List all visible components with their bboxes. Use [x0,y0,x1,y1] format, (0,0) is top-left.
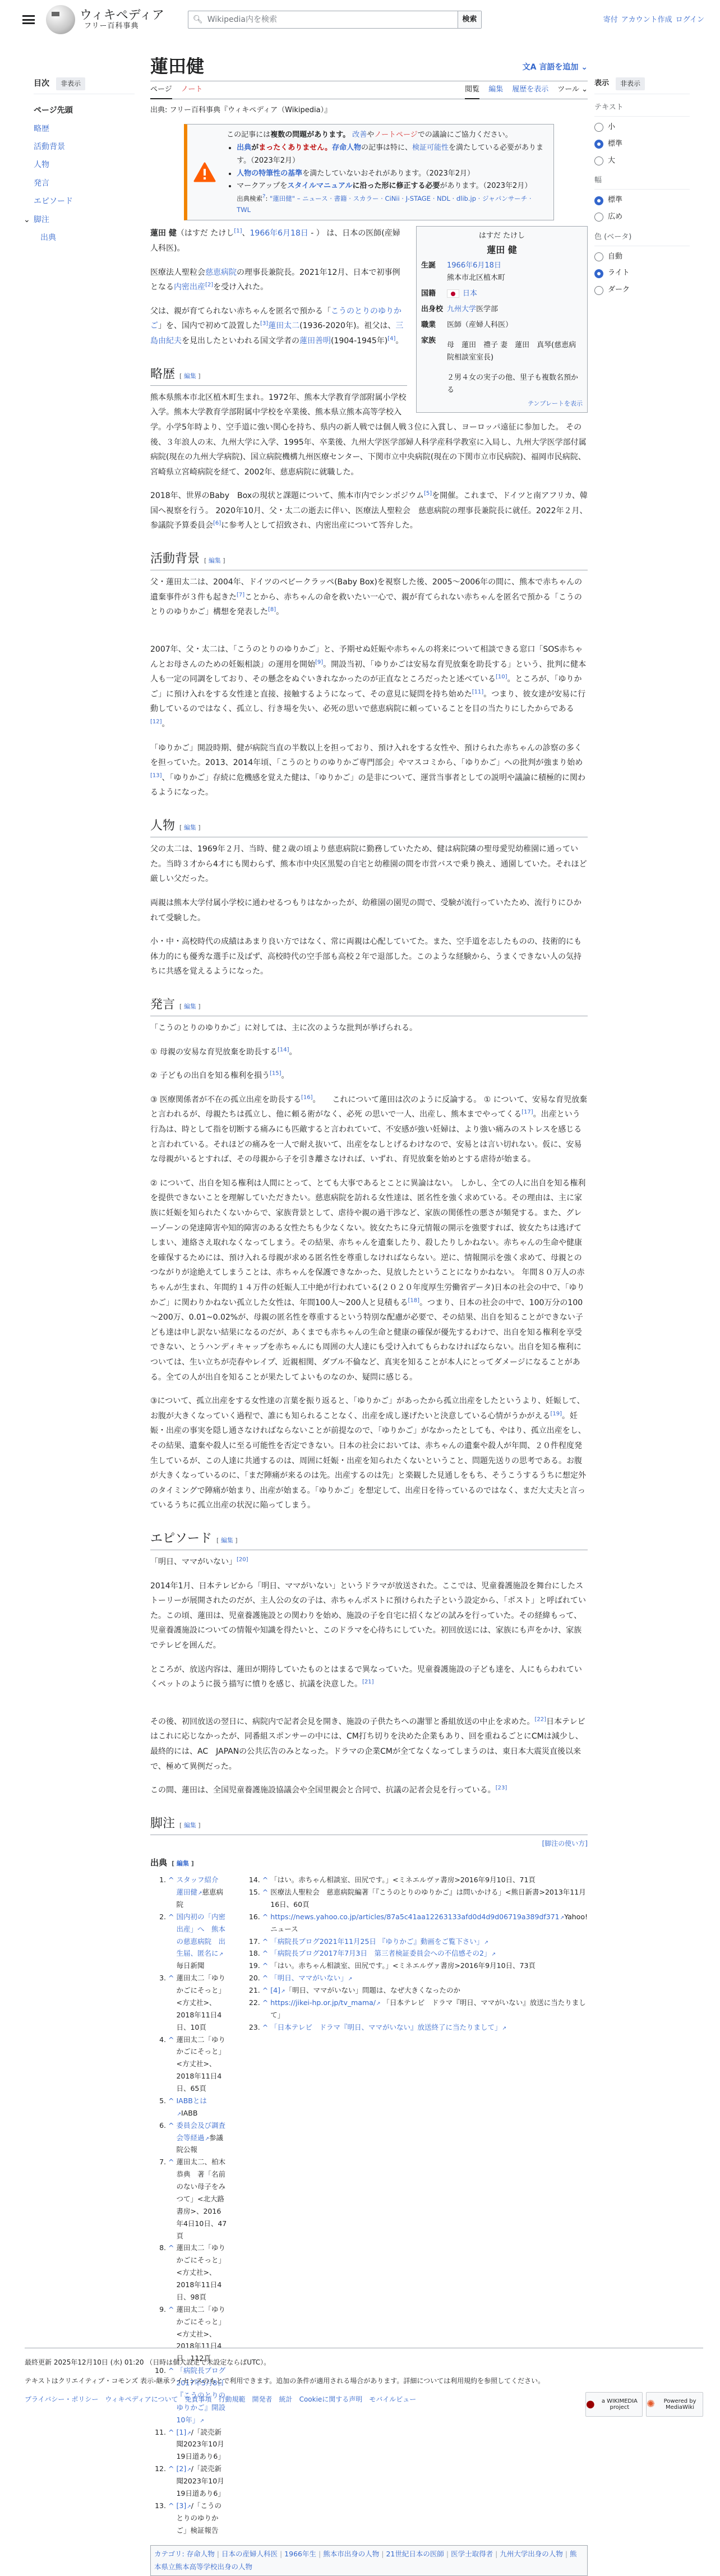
create-account-link[interactable]: アカウント作成 [621,15,672,26]
toc-title: 目次 [34,77,49,90]
wikimedia-icon: ● [586,2399,595,2410]
radio-checked-icon [594,140,603,149]
width-label: 幅 [594,172,690,190]
japan-flag-icon [447,289,459,298]
footnote-help-link[interactable]: [脚注の使い方] [542,1840,588,1847]
notability-link[interactable]: 人物の特筆性の基準 [237,169,302,178]
translate-icon: 文A [523,63,539,72]
appearance-panel: 表示 非表示 テキスト 小 標準 大 幅 標準 広め 色 (ベータ) 自動 ライ… [594,77,690,301]
nationality-link[interactable]: 日本 [463,289,477,298]
width-wide[interactable]: 広め [594,211,690,223]
search-icon: 🔍︎ [193,13,203,26]
radio-icon [594,213,603,222]
backlink-caret[interactable]: ^ [262,1936,268,1948]
color-light[interactable]: ライト [594,268,690,279]
category-link[interactable]: 熊本市出身の人物 [323,2550,379,2558]
reference-item: 13.^[3]/「こうのとりのゆりかご」検証報告 [150,2500,228,2537]
reference-link[interactable]: https://jikei-hp.or.jp/tv_mama/ [270,1998,380,2007]
birthdate-link[interactable]: 1966年6月18日 [447,261,501,270]
backlink-caret[interactable]: ^ [262,1911,268,1936]
reference-item: 1.^スタッフ紹介 蓮田健慈恵病院 [150,1874,228,1911]
search-input[interactable]: 🔍︎ Wikipedia内を検索 [188,11,458,28]
search-placeholder: Wikipedia内を検索 [207,13,277,26]
page-title: 蓮田健 [150,55,204,79]
wikipedia-logo[interactable]: ウィキペディア フリー百科事典 [46,5,164,34]
reference-link[interactable]: 「明日、ママがいない」 [270,1974,352,1982]
backlink-caret[interactable]: ^ [262,2021,268,2034]
footer-link[interactable]: モバイルビュー [369,2394,416,2405]
powered-by-mediawiki-badge[interactable]: ✺Powered by MediaWiki [646,2392,703,2417]
footer-link[interactable]: 開発者 [252,2394,273,2405]
reference-item: 23.^「日本テレビ ドラマ『明日、ママがいない』放送終了に当たりまして」 [244,2021,588,2034]
add-languages-button[interactable]: 文A 言語を追加 ⌄ [523,61,588,78]
backlink-caret[interactable]: ^ [168,2463,174,2500]
backlink-caret[interactable]: ^ [262,1960,268,1972]
reference-item: 8.^蓮田太二「ゆりかごにそっと」<方丈社>、2018年11日4日、98頁 [150,2242,228,2303]
backlink-caret[interactable]: ^ [168,1972,174,2033]
appearance-title: 表示 [594,78,609,90]
living-person-link[interactable]: 存命人物 [332,144,361,152]
backlink-caret[interactable]: ^ [262,1874,268,1886]
toc-item-person[interactable]: 人物 [34,159,135,171]
color-dark[interactable]: ダーク [594,284,690,296]
backlink-caret[interactable]: ^ [168,2242,174,2303]
reference-item: 11.^[1]/「読売新聞2023年10月19日道あり6」 [150,2426,228,2463]
section-person: 人物[ 編集 ] [150,816,588,837]
reference-link[interactable]: 「病院長ブログ2021年11月25日 『ゆりかご』動画をご覧下さい」 [270,1937,488,1946]
reference-item: 14.^「はい。赤ちゃん相談室、田尻です。」<ミネエルヴァ書房>2016年9月1… [244,1874,588,1886]
references-list: 1.^スタッフ紹介 蓮田健慈恵病院2.^国内初の「内密出産」へ 熊本の慈恵病院 … [150,1874,588,2536]
logo-title: ウィキペディア [80,8,164,22]
section-sources: 出典[ 編集 ] [150,1856,588,1869]
reference-item: 7.^蓮田太二、柏木恭典 著「名前のない母子をみつて」<北大路書房>、2016年… [150,2156,228,2242]
tab-history[interactable]: 履歴を表示 [512,81,548,99]
backlink-caret[interactable]: ^ [168,2095,174,2119]
category-link[interactable]: 21世紀日本の医師 [386,2550,444,2558]
reference-item: 4.^蓮田太二「ゆりかごにそっと」<方丈社>、2018年11日4日、65頁 [150,2034,228,2095]
verifiability-link[interactable]: 検証可能性 [412,144,449,152]
category-link[interactable]: 1966年生 [284,2550,316,2558]
category-link[interactable]: 存命人物 [187,2550,215,2558]
categories-label[interactable]: カテゴリ: [154,2550,184,2558]
radio-checked-icon [594,196,603,205]
category-links: カテゴリ: 存命人物|日本の産婦人科医|1966年生|熊本市出身の人物|21世紀… [150,2545,588,2576]
reference-item: 22.^https://jikei-hp.or.jp/tv_mama/ 「日本テ… [244,1997,588,2021]
toc-item-bio[interactable]: 略歴 [34,123,135,135]
text-size-large[interactable]: 大 [594,155,690,167]
backlink-caret[interactable]: ^ [168,1911,174,1972]
improve-link[interactable]: 改善 [352,131,367,139]
chevron-down-icon[interactable]: ⌄ [24,214,30,226]
backlink-caret[interactable]: ^ [262,1997,268,2021]
radio-icon [594,252,603,261]
license-text: テキストはクリエイティブ・コモンズ 表示-継承ライセンスのもとで利用できます。追… [25,2376,703,2386]
backlink-caret[interactable]: ^ [168,1874,174,1911]
search-form: 🔍︎ Wikipedia内を検索 検索 [188,11,482,29]
main-content: 蓮田健 文A 言語を追加 ⌄ ページ ノート 閲覧 編集 履歴を表示 ツール ⌄… [150,39,588,2576]
issues-notice: この記事には複数の問題があります。 改善やノートページでの議論にご協力ください。… [184,124,554,220]
table-of-contents: 目次 非表示 ページ先頭 略歴 活動背景 人物 発言 エピソード ⌄脚注 出典 [34,77,135,250]
toc-hide-button[interactable]: 非表示 [56,77,85,90]
sources-link[interactable]: 出典 [237,144,251,152]
tab-edit[interactable]: 編集 [488,81,503,99]
backlink-caret[interactable]: ^ [262,1947,268,1960]
category-link[interactable]: 医学士取得者 [451,2550,493,2558]
page-footer: 最終更新 2025年12月10日 (水) 01:20 （日時は個人設定で未設定な… [25,2348,703,2406]
color-auto[interactable]: 自動 [594,251,690,263]
appearance-hide-button[interactable]: 非表示 [616,77,645,90]
text-size-standard[interactable]: 標準 [594,139,690,150]
talk-page-link[interactable]: ノートページ [374,131,417,139]
radio-icon [594,156,603,165]
reference-item: 17.^「病院長ブログ2021年11月25日 『ゆりかご』動画をご覧下さい」 [244,1936,588,1948]
radio-icon [594,286,603,295]
reference-item: 3.^蓮田太二「ゆりかごにそっと」<方丈社>、2018年11日4日、10頁 [150,1972,228,2033]
tab-page[interactable]: ページ [150,81,172,99]
backlink-caret[interactable]: ^ [262,1886,268,1911]
infobox: はすだ たけし 蓮田 健 生誕1966年6月18日熊本市北区植木町 国籍日本 出… [416,226,588,413]
reference-item: 21.^[4]「明日、ママがいない」問題は、なぜ大きくなったのか [244,1984,588,1997]
backlink-caret[interactable]: ^ [168,2156,174,2242]
reference-item: 18.^「病院長ブログ2017年7月3日 第三者検証委員会への不信感その2」 [244,1947,588,1960]
reference-item: 6.^委員会及び調査会等経過参議院公報 [150,2119,228,2156]
reference-link[interactable]: [1] [176,2428,191,2436]
reference-link[interactable]: https://news.yahoo.co.jp/articles/87a5c4… [270,1913,564,1921]
reference-link[interactable]: 国内初の「内密出産」へ 熊本の慈恵病院 出生届、匿名に [176,1913,225,1958]
infobox-name: 蓮田 健 [421,242,583,257]
width-standard[interactable]: 標準 [594,195,690,206]
donate-link[interactable]: 寄付 [603,15,618,26]
footer-link[interactable]: 統計 [279,2394,293,2405]
site-header: ウィキペディア フリー百科事典 🔍︎ Wikipedia内を検索 検索 寄付 ア… [0,0,720,39]
tab-read[interactable]: 閲覧 [465,81,479,99]
reference-item: 2.^国内初の「内密出産」へ 熊本の慈恵病院 出生届、匿名に毎日新聞 [150,1911,228,1972]
login-link[interactable]: ログイン [676,15,704,26]
backlink-caret[interactable]: ^ [262,1972,268,1984]
last-modified: 最終更新 2025年12月10日 (水) 01:20 （日時は個人設定で未設定な… [25,2357,703,2368]
toc-item-top[interactable]: ページ先頭 [34,104,135,117]
reference-item: 12.^[2]/「読売新聞2023年10月19日道あり6」 [150,2463,228,2500]
backlink-caret[interactable]: ^ [168,2500,174,2537]
radio-icon [594,123,603,132]
section-notes: 脚注[ 編集 ] [150,1814,588,1835]
reference-link[interactable]: 「病院長ブログ2017年7月3日 第三者検証委員会への不信感その2」 [270,1949,496,1957]
section-activity: 活動背景[ 編集 ] [150,549,588,570]
tools-menu[interactable]: ツール ⌄ [557,81,588,99]
footer-link[interactable]: ウィキペディアについて [105,2394,178,2405]
source-search-links[interactable]: "蓮田健" – ニュース · 書籍 · スカラー · CiNii · J-STA… [237,195,531,214]
warning-icon [193,129,216,215]
backlink-caret[interactable]: ^ [168,2034,174,2095]
category-link[interactable]: 日本の産婦人科医 [221,2550,278,2558]
reference-item: 20.^「明日、ママがいない」 [244,1972,588,1984]
globe-icon [46,5,75,34]
reference-link[interactable]: 「日本テレビ ドラマ『明日、ママがいない』放送終了に当たりまして」 [270,2023,506,2031]
footer-link[interactable]: Cookieに関する声明 [299,2394,363,2405]
toc-item-activity[interactable]: 活動背景 [34,141,135,153]
text-size-label: テキスト [594,99,690,117]
reference-link[interactable]: [3] [176,2501,191,2510]
search-button[interactable]: 検索 [458,11,481,28]
alma-mater-link[interactable]: 九州大学 [447,305,476,314]
footer-link[interactable]: 行動規範 [219,2394,246,2405]
reference-item: 15.^医療法人聖粒会 慈恵病院編著「『こうのとりのゆりかご』は問いかける」<熊… [244,1886,588,1911]
view-template-link[interactable]: テンプレートを表示 [528,400,583,407]
tab-talk[interactable]: ノート [181,81,203,99]
toc-item-notes[interactable]: ⌄脚注 [34,214,135,226]
section-episode: エピソード[ 編集 ] [150,1529,588,1550]
reference-item: 16.^https://news.yahoo.co.jp/articles/87… [244,1911,588,1936]
mediawiki-icon: ✺ [647,2399,655,2410]
backlink-caret[interactable]: ^ [168,2426,174,2463]
radio-checked-icon [594,269,603,278]
backlink-caret[interactable]: ^ [168,2119,174,2156]
category-link[interactable]: 九州大学出身の人物 [500,2550,563,2558]
backlink-caret[interactable]: ^ [262,1984,268,1997]
reference-item: 5.^IABBとはIABB [150,2095,228,2119]
toc-item-sources[interactable]: 出典 [34,232,135,244]
reference-link[interactable]: [4] [270,1986,285,1994]
wikimedia-project-badge[interactable]: ●a WIKIMEDIA project [585,2392,643,2417]
section-bio: 略歴[ 編集 ] [150,365,407,386]
color-label: 色 (ベータ) [594,228,690,246]
style-manual-link[interactable]: スタイルマニュアル [287,182,352,190]
site-sub: 出典: フリー百科事典『ウィキペディア（Wikipedia）』 [150,105,588,117]
main-menu-button[interactable] [22,15,35,24]
text-size-small[interactable]: 小 [594,122,690,133]
footer-link[interactable]: 免責事項 [185,2394,212,2405]
footer-link[interactable]: プライバシー・ポリシー [25,2394,98,2405]
section-remarks: 発言[ 編集 ] [150,995,588,1016]
reference-item: 19.^「はい。赤ちゃん相談室、田尻です。」<ミネエルヴァ書房>2016年9月1… [244,1960,588,1972]
reference-link[interactable]: [2] [176,2464,191,2473]
toc-item-remarks[interactable]: 発言 [34,177,135,190]
toc-item-episode[interactable]: エピソード [34,195,135,208]
logo-subtitle: フリー百科事典 [80,22,164,31]
